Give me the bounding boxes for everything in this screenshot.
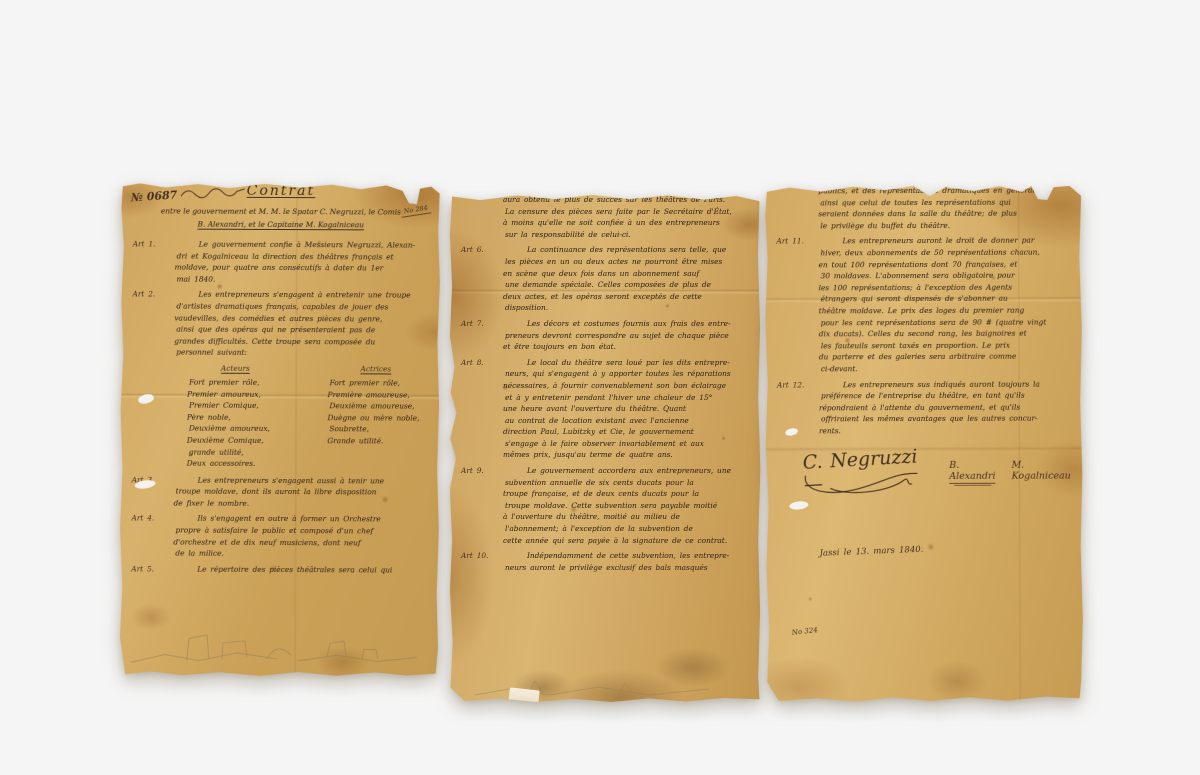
page-3-body: publics, et des représentations dramatiq… — [776, 185, 1067, 555]
article-text: publics, et des représentations dramatiq… — [818, 185, 1066, 232]
articles-3-5: Art 3.Les entrepreneurs s'engagent aussi… — [131, 474, 423, 576]
handwritten-line: offriraient les mêmes avantages que les … — [821, 413, 1067, 425]
article-art4: Art 4.Ils s'engagent en outre à former u… — [131, 513, 423, 561]
dateline: Jassi le 13. mars 1840. — [819, 540, 1067, 560]
article-text: Indépendamment de cette subvention, les … — [503, 550, 745, 573]
handwritten-line: deux actes, et les opéras seront excepté… — [503, 291, 745, 303]
handwritten-line: Soubrette, — [329, 424, 424, 436]
handwritten-line: Les entrepreneurs auront le droit de don… — [818, 235, 1066, 247]
article-art12: Art 12.Les entrepreneurs sus indiqués au… — [777, 378, 1067, 437]
handwritten-line: dix ducats). Celles du second rang, les … — [819, 328, 1067, 340]
contract-parties: entre le gouvernement et M. M. le Spatar… — [121, 204, 441, 231]
article-text: Les entrepreneurs sus indiqués auront to… — [819, 378, 1067, 437]
article-continuation: aura obtenu le plus de succès sur les th… — [461, 194, 745, 240]
handwritten-line: La continuance des représentations sera … — [503, 244, 745, 256]
handwritten-line: répondraient à l'attente du gouvernement… — [819, 401, 1067, 413]
article-label: Art 9. — [461, 465, 503, 546]
archive-number: № 0687 — [131, 188, 178, 204]
handwritten-line: Grande utilité. — [327, 435, 424, 447]
article-label — [461, 194, 503, 240]
article-art1: Art 1.Le gouvernement confie à Messieurs… — [133, 238, 425, 286]
handwritten-line: et à y entretenir pendant l'hiver une ch… — [505, 392, 745, 404]
article-text: Les entrepreneurs s'engagent à entreteni… — [174, 289, 424, 360]
handwritten-line: Duègne ou mère noble, — [327, 412, 424, 424]
handwritten-line: preneurs devront correspondre au sujet d… — [505, 330, 745, 342]
handwritten-line: disposition. — [505, 302, 745, 314]
handwritten-line: La censure des pièces sera faite par le … — [505, 206, 745, 218]
handwritten-line: 30 moldaves. L'abonnement sera obligatoi… — [821, 270, 1067, 282]
article-label: Art 6. — [461, 244, 503, 314]
article-label: Art 11. — [776, 236, 818, 375]
handwritten-line: Les décors et costumes fournis aux frais… — [503, 318, 745, 330]
cast-column: ActeursFort premier rôle,Premier amoureu… — [187, 363, 284, 470]
article-label — [776, 185, 818, 232]
article-art9: Art 9.Le gouvernement accordera aux entr… — [461, 465, 745, 546]
handwritten-line: Premier Comique, — [189, 400, 284, 412]
handwritten-line: les pièces en un ou deux actes ne pourro… — [505, 256, 745, 268]
handwritten-line: du parterre et des galeries sera arbitra… — [819, 351, 1067, 363]
handwritten-line: de la milice. — [175, 548, 423, 561]
cast-table: ActeursFort premier rôle,Premier amoureu… — [187, 363, 424, 471]
handwritten-line: Deuxième amoureuse, — [329, 400, 424, 412]
article-label: Art 1. — [133, 238, 175, 285]
article-text: Les entrepreneurs auront le droit de don… — [818, 235, 1066, 375]
article-art7: Art 7.Les décors et costumes fournis aux… — [461, 318, 745, 353]
handwritten-line: nécessaires, à fournir convenablement so… — [503, 380, 745, 392]
handwritten-line: étrangers qui seront dispensés de s'abon… — [821, 293, 1067, 305]
handwritten-line: ainsi que celui de toutes les représenta… — [820, 196, 1066, 208]
handwritten-line: propre à satisfaire le public et composé… — [175, 525, 423, 538]
handwritten-line: ainsi que des opéras qui ne présenteraie… — [176, 324, 424, 337]
handwritten-line: neurs, qui s'engagent à y apporter toute… — [505, 368, 745, 380]
article-label: Art 12. — [777, 379, 819, 437]
handwritten-line: aura obtenu le plus de succès sur les th… — [503, 194, 745, 206]
handwritten-line: Deuxième amoureux, — [189, 423, 284, 435]
handwritten-line: et être toujours en bon état. — [503, 341, 745, 353]
article-text: Le répertoire des pièces théâtrales sera… — [173, 563, 423, 576]
article-label: Art 8. — [461, 357, 503, 461]
photo-background: № 0687 No 284 Contrat entre le gouvernem… — [0, 0, 1200, 775]
article-text: Le local du théâtre sera loué par les di… — [503, 357, 745, 461]
article-art6: Art 6.La continuance des représentations… — [461, 244, 745, 314]
cast-column-header: Actrices — [328, 363, 425, 375]
signature-kogalniceanu: M. Kogalniceau — [1012, 460, 1071, 482]
handwritten-line: subvention annuelle de six cents ducats … — [505, 477, 745, 489]
handwritten-line: les 100 représentations; à l'exception d… — [819, 281, 1067, 293]
handwritten-line: Le répertoire des pièces théâtrales sera… — [173, 563, 423, 576]
handwritten-line: mai 1840. — [177, 273, 425, 286]
pencil-sketch — [127, 614, 427, 673]
article-text: Ils s'engagent en outre à former un Orch… — [173, 513, 423, 560]
handwritten-line: à moins qu'elle ne soit confiée à un des… — [503, 217, 745, 229]
handwritten-line: mêmes prix, jusqu'au terme de quatre ans… — [503, 449, 745, 461]
handwritten-line: s'engage à le faire observer invariablem… — [505, 438, 745, 450]
handwritten-line: Les entrepreneurs sus indiqués auront to… — [819, 378, 1067, 390]
handwritten-line: direction Paul, Lubitzky et Cie, le gouv… — [503, 426, 745, 438]
articles-6-10: aura obtenu le plus de succès sur les th… — [461, 194, 745, 573]
handwritten-line: Deux accessoires. — [187, 458, 284, 470]
handwritten-line: Fort premier rôle, — [189, 377, 284, 389]
handwritten-line: d'artistes dramatiques français, capable… — [176, 301, 424, 314]
article-label: Art 5. — [131, 563, 173, 575]
handwritten-line: neurs auront le privilège exclusif des b… — [505, 562, 745, 574]
article-text: Les décors et costumes fournis aux frais… — [503, 318, 745, 353]
handwritten-line: troupe moldave. Cette subvention sera pa… — [505, 500, 745, 512]
article-label: Art 4. — [131, 513, 173, 560]
handwritten-line: Le gouvernement accordera aux entreprene… — [503, 465, 745, 477]
signature-flourish-icon — [799, 459, 927, 500]
handwritten-line: publics, et des représentations dramatiq… — [818, 185, 1066, 197]
handwritten-line: B. Alexandri, et le Capitaine M. Kogalni… — [121, 217, 441, 231]
signature-negruzzi: C. Negruzzi — — [802, 445, 934, 496]
signature-alexandri-name: B. Alexandri — [949, 460, 995, 482]
article-label: Art 7. — [461, 318, 503, 353]
handwritten-line: rents. — [819, 424, 1067, 436]
handwritten-line: Indépendamment de cette subvention, les … — [503, 550, 745, 562]
handwritten-line: cette année qui sera payée à la signatur… — [503, 535, 745, 547]
handwritten-line: pour les cent représentations sera de 90… — [821, 316, 1067, 328]
article-art2: Art 2.Les entrepreneurs s'engagent à ent… — [132, 289, 424, 360]
handwritten-line: préférence de l'entreprise du théâtre, e… — [821, 390, 1067, 402]
article-label: Art 3. — [132, 474, 174, 509]
handwritten-line: hiver, deux abonnements de 50 représenta… — [820, 246, 1066, 258]
article-text: La continuance des représentations sera … — [503, 244, 745, 314]
handwritten-line: entre le gouvernement et M. M. le Spatar… — [121, 204, 441, 218]
handwritten-line: Père noble, — [187, 411, 284, 423]
handwritten-line: une demande spéciale. Celles composées d… — [505, 279, 745, 291]
page-1-paper: № 0687 No 284 Contrat entre le gouvernem… — [119, 182, 441, 677]
articles-1-2: Art 1.Le gouvernement confie à Messieurs… — [132, 238, 425, 359]
handwritten-line: une heure avant l'ouverture du théâtre. … — [503, 403, 745, 415]
article-text: Le gouvernement accordera aux entreprene… — [503, 465, 745, 546]
handwritten-line: grande utilité, — [189, 446, 284, 458]
article-label: Art 2. — [132, 289, 174, 359]
handwritten-line: Fort premier rôle, — [330, 377, 425, 389]
handwritten-line: personnel suivant: — [176, 347, 424, 360]
signatures: C. Negruzzi — B. Alexandri M. Kogalnicea… — [803, 448, 1059, 493]
article-art8: Art 8.Le local du théâtre sera loué par … — [461, 357, 745, 461]
handwritten-line: seraient données dans la salle du théâtr… — [818, 208, 1066, 220]
handwritten-line: en tout 100 représentations dont 70 fran… — [818, 258, 1066, 270]
handwritten-line: l'abonnement; à l'exception de la subven… — [505, 523, 745, 535]
page-3: publics, et des représentations dramatiq… — [764, 144, 1084, 662]
handwritten-line: troupe française, et de deux cents ducat… — [503, 488, 745, 500]
handwritten-line: Premier amoureux, — [187, 388, 284, 400]
handwritten-line: en scène que deux fois dans un abonnemen… — [503, 268, 745, 280]
article-art5: Art 5.Le répertoire des pièces théâtrale… — [131, 563, 423, 576]
article-text: Le gouvernement confie à Messieurs Negru… — [175, 239, 425, 286]
handwritten-line: troupe moldave, dont ils auront la libre… — [176, 486, 424, 499]
page-2-body: aura obtenu le plus de succès sur les th… — [461, 194, 745, 573]
article-art3: Art 3.Les entrepreneurs s'engagent aussi… — [132, 474, 424, 510]
article-continuation: publics, et des représentations dramatiq… — [776, 185, 1066, 232]
folio-number-bottom: No 324 — [791, 626, 818, 637]
article-text: aura obtenu le plus de succès sur les th… — [503, 194, 745, 240]
page-1: № 0687 No 284 Contrat entre le gouvernem… — [119, 155, 441, 650]
handwritten-line: théâtre moldave. Le prix des loges du pr… — [819, 304, 1067, 316]
handwritten-line: sur la responsabilité de celui-ci. — [505, 229, 745, 241]
page-1-body: Art 1.Le gouvernement confie à Messieurs… — [131, 238, 424, 576]
handwritten-line: Deuxième Comique, — [187, 435, 284, 447]
handwritten-line: Première amoureuse, — [328, 389, 425, 401]
page-2-paper: aura obtenu le plus de succès sur les th… — [449, 194, 761, 703]
handwritten-line: Le local du théâtre sera loué par les di… — [503, 357, 745, 369]
handwritten-line: moldave, pour quatre ans consécutifs à d… — [175, 262, 425, 275]
articles-11-12: publics, et des représentations dramatiq… — [776, 185, 1067, 437]
article-art11: Art 11.Les entrepreneurs auront le droit… — [776, 235, 1066, 375]
handwritten-line: de fixer le nombre. — [174, 497, 424, 510]
article-label: Art 10. — [461, 550, 503, 573]
article-text: Les entrepreneurs s'engagent aussi à ten… — [174, 474, 424, 510]
page-2: aura obtenu le plus de succès sur les th… — [449, 150, 761, 659]
handwritten-line: Le gouvernement confie à Messieurs Negru… — [175, 239, 425, 252]
handwritten-line: au contrat de location existant avec l'a… — [505, 415, 745, 427]
tape-repair — [508, 687, 540, 706]
article-art10: Art 10.Indépendamment de cette subventio… — [461, 550, 745, 573]
cast-column-header: Acteurs — [187, 363, 284, 375]
handwritten-line: les fauteuils seront taxés en proportion… — [821, 339, 1067, 351]
page-3-paper: publics, et des représentations dramatiq… — [764, 184, 1084, 702]
cast-column: ActricesFort premier rôle,Première amour… — [327, 363, 424, 470]
signature-alexandri: B. Alexandri — [949, 460, 995, 484]
handwritten-line: ci-devant. — [821, 362, 1067, 374]
handwritten-line: à l'ouverture du théâtre, moitié au mili… — [503, 511, 745, 523]
handwritten-line: le privilège du buffet du théâtre. — [820, 219, 1066, 231]
